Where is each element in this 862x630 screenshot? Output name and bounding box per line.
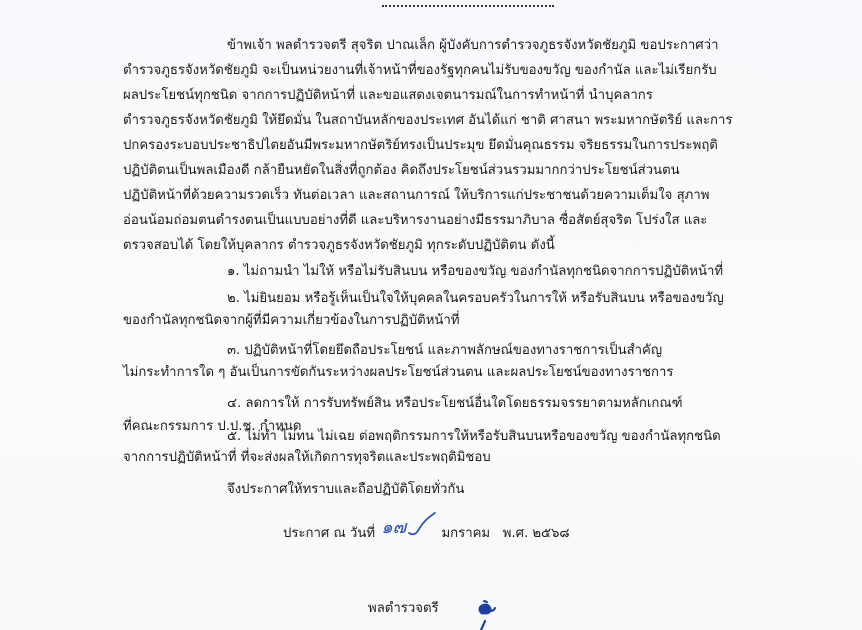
paragraph-line: ตำรวจภูธรจังหวัดชัยภูมิ จะเป็นหน่วยงานที…: [123, 62, 717, 80]
paragraph-line: ตำรวจภูธรจังหวัดชัยภูมิ ให้ยึดมั่น ในสถา…: [123, 112, 733, 130]
signature-icon: [468, 597, 508, 630]
signer-rank: พลตำรวจตรี: [368, 600, 439, 618]
handwritten-check-stroke-icon: [379, 511, 439, 539]
list-item-2-continuation: ของกำนัลทุกชนิดจากผู้ที่มีความเกี่ยวข้อง…: [123, 312, 460, 330]
dotted-separator: [382, 5, 554, 9]
list-item-5: ๕. ไม่ทำ ไม่ทน ไม่เฉย ต่อพฤติกรรมการให้ห…: [227, 428, 721, 446]
paragraph-line: ปฏิบัติหน้าที่ด้วยความรวดเร็ว ทันต่อเวลา…: [123, 187, 709, 205]
handwritten-day: ๑๗: [379, 521, 437, 539]
paragraph-line: อ่อนน้อมถ่อมตนดำรงตนเป็นแบบอย่างที่ดี แล…: [123, 212, 707, 230]
paragraph-line: ตรวจสอบได้ โดยให้บุคลากร ตำรวจภูธรจังหวั…: [123, 237, 555, 255]
paragraph-line: ผลประโยชน์ทุกชนิด จากการปฏิบัติหน้าที่ แ…: [123, 87, 653, 105]
date-prefix: ประกาศ ณ วันที่: [283, 526, 375, 541]
paragraph-line: ข้าพเจ้า พลตำรวจตรี สุจริต ปาณเล็ก ผู้บั…: [227, 37, 718, 55]
list-item-4: ๔. ลดการให้ การรับทรัพย์สิน หรือประโยชน์…: [227, 395, 683, 413]
list-item-3: ๓. ปฏิบัติหน้าที่โดยยึดถือประโยชน์ และภา…: [227, 342, 662, 360]
document-page: ข้าพเจ้า พลตำรวจตรี สุจริต ปาณเล็ก ผู้บั…: [0, 0, 862, 630]
paragraph-line: ปกครองระบอบประชาธิปไตยอันมีพระมหากษัตริย…: [123, 137, 718, 155]
paragraph-line: ปฏิบัติตนเป็นพลเมืองดี กล้ายืนหยัดในสิ่ง…: [123, 162, 680, 180]
list-item-2: ๒. ไม่ยินยอม หรือรู้เห็นเป็นใจให้บุคคลใน…: [227, 290, 724, 308]
date-year: พ.ศ. ๒๕๖๘: [503, 526, 570, 541]
list-item-5-continuation: จากการปฏิบัติหน้าที่ ที่จะส่งผลให้เกิดกา…: [123, 449, 491, 467]
announcement-date: ประกาศ ณ วันที่ ๑๗ มกราคม พ.ศ. ๒๕๖๘: [283, 521, 570, 543]
closing-statement: จึงประกาศให้ทราบและถือปฏิบัติโดยทั่วกัน: [227, 481, 464, 499]
date-month: มกราคม: [441, 526, 490, 541]
list-item-1: ๑. ไม่ถามนำ ไม่ให้ หรือไม่รับสินบน หรือข…: [227, 263, 723, 281]
list-item-3-continuation: ไม่กระทำการใด ๆ อันเป็นการขัดกันระหว่างผ…: [123, 364, 673, 382]
